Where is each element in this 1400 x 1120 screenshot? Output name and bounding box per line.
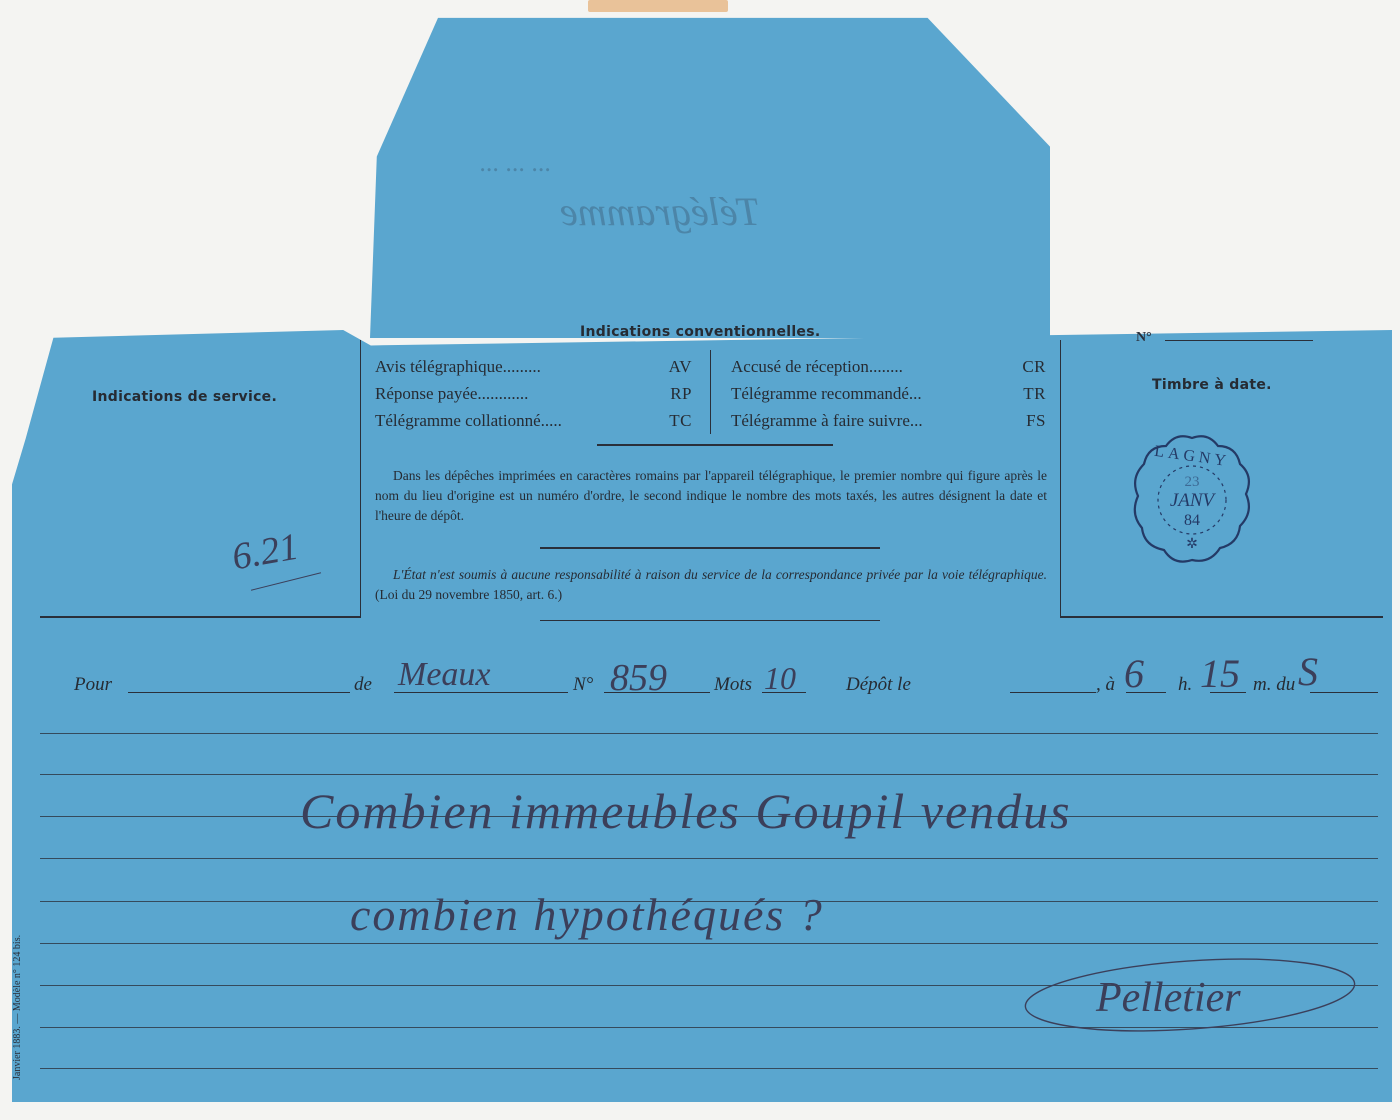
conv-abbr: FS — [1026, 411, 1046, 431]
message-rule-6 — [40, 943, 1378, 944]
conv-label: Télégramme à faire suivre... — [731, 411, 923, 431]
torn-tape-remnant — [588, 0, 728, 12]
a-label: , à — [1096, 674, 1115, 696]
conv-item-av: Avis télégraphique.........AV — [375, 357, 692, 377]
depot-label: Dépôt le — [846, 674, 911, 696]
conv-label: Accusé de réception........ — [731, 357, 903, 377]
state-disclaimer: L'État n'est soumis à aucune responsabil… — [375, 565, 1047, 605]
divider-rule-1 — [597, 444, 833, 446]
conv-item-tc: Télégramme collationné.....TC — [375, 411, 692, 431]
flap-ghost-title: Télégramme — [560, 188, 760, 235]
message-rule-9 — [40, 1068, 1378, 1069]
conv-item-cr: Accusé de réception........CR — [731, 357, 1046, 377]
m-du-label: m. du — [1253, 674, 1295, 696]
conv-abbr: TR — [1023, 384, 1046, 404]
minutes-value: 15 — [1200, 650, 1240, 697]
message-line-1: Combien immeubles Goupil vendus — [300, 782, 1072, 840]
de-label: de — [354, 674, 372, 696]
conventional-indications-title: Indications conventionnelles. — [580, 324, 820, 340]
message-rule-4 — [40, 858, 1378, 859]
conv-abbr: TC — [669, 411, 692, 431]
date-stamp-title: Timbre à date. — [1152, 377, 1272, 393]
form-model-note: Janvier 1883. — Modèle n° 124 bis. — [12, 935, 23, 1080]
service-indications-box — [40, 340, 361, 618]
depot-date-field[interactable] — [1010, 692, 1096, 693]
conv-label: Réponse payée............ — [375, 384, 528, 404]
mots-value: 10 — [764, 660, 796, 697]
form-number-label: N° — [1136, 330, 1152, 346]
origin-value: Meaux — [398, 656, 491, 694]
telegram-top-flap: Télégramme ... ... ... — [370, 8, 1050, 338]
disclaimer-italic-text: L'État n'est soumis à aucune responsabil… — [393, 567, 1047, 582]
numero-value: 859 — [610, 656, 667, 700]
lagny-postmark: LAGNY 23 JANV 84 ✲ — [1130, 432, 1254, 574]
numero-label: N° — [573, 674, 593, 696]
conv-item-tr: Télégramme recommandé...TR — [731, 384, 1046, 404]
disclaimer-law-reference: (Loi du 29 novembre 1850, art. 6.) — [375, 587, 562, 602]
conv-abbr: RP — [670, 384, 692, 404]
flap-ghost-line: ... ... ... — [480, 148, 552, 178]
message-rule-1 — [40, 733, 1378, 734]
conv-label: Télégramme collationné..... — [375, 411, 562, 431]
divider-rule-3 — [540, 620, 880, 621]
conv-item-fs: Télégramme à faire suivre...FS — [731, 411, 1046, 431]
dispatch-explanation-paragraph: Dans les dépêches imprimées en caractère… — [375, 466, 1047, 526]
conv-label: Télégramme recommandé... — [731, 384, 922, 404]
postmark-ornament-icon: ✲ — [1130, 536, 1254, 553]
conv-label: Avis télégraphique......... — [375, 357, 541, 377]
conv-abbr: AV — [669, 357, 692, 377]
conv-abbr: CR — [1022, 357, 1046, 377]
service-indications-title: Indications de service. — [92, 389, 277, 405]
pour-field[interactable] — [128, 692, 350, 693]
divider-rule-2 — [540, 547, 880, 549]
du-value: S — [1298, 648, 1318, 695]
postmark-day: 23 — [1130, 474, 1254, 491]
form-number-blank — [1165, 340, 1313, 341]
pour-label: Pour — [74, 674, 112, 696]
heure-value: 6 — [1124, 650, 1144, 697]
postmark-month: JANV — [1130, 490, 1254, 512]
postmark-year: 84 — [1130, 512, 1254, 530]
conv-item-rp: Réponse payée............RP — [375, 384, 692, 404]
message-line-2: combien hypothéqués ? — [350, 888, 824, 941]
du-field[interactable] — [1310, 692, 1378, 693]
mots-label: Mots — [714, 674, 752, 696]
h-label: h. — [1178, 674, 1192, 696]
signature-flourish-icon — [1020, 955, 1360, 1035]
message-rule-2 — [40, 774, 1378, 775]
conv-column-separator — [710, 350, 711, 434]
